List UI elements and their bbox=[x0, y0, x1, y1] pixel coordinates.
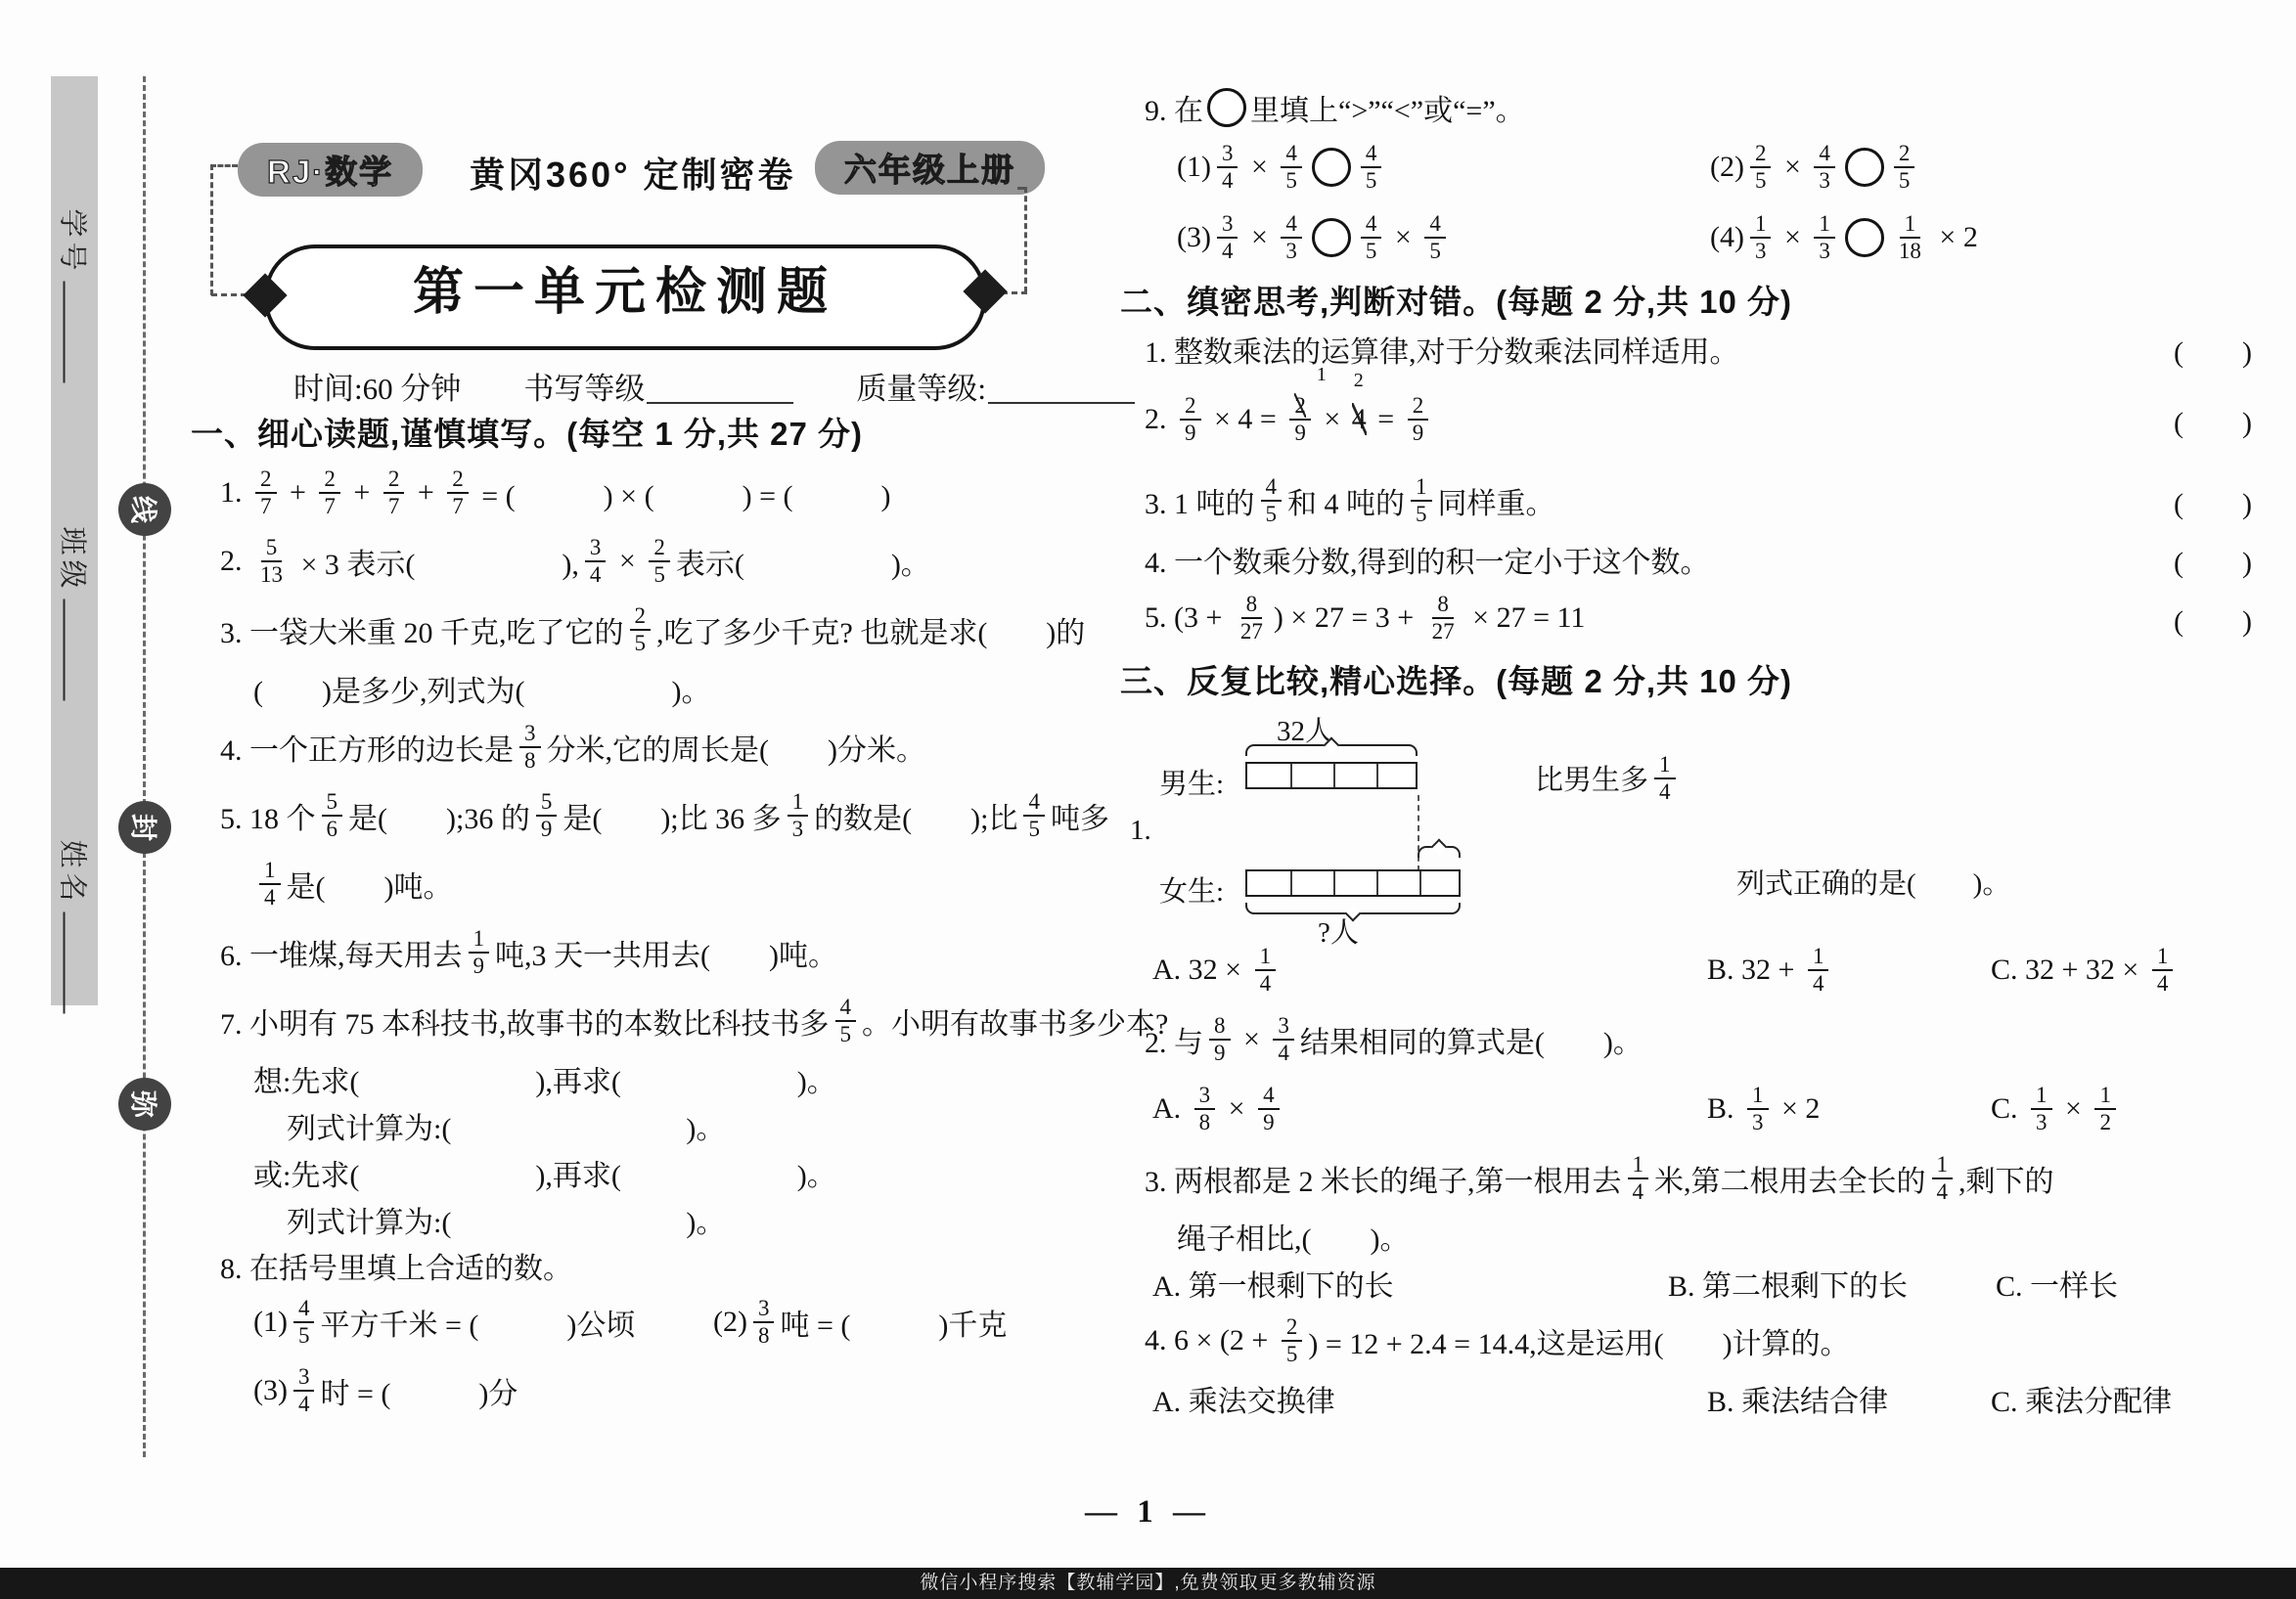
question-line: 4. 6 × (2 + 25) = 12 + 2.4 = 14.4,这是运用( … bbox=[1145, 1307, 2270, 1375]
seal-field-label: 班级 bbox=[57, 526, 88, 593]
question-line: 3. 1 吨的45和 4 吨的15同样重。( ) bbox=[1145, 466, 2270, 535]
exam-page: { "header": { "badge_left": "RJ·数学", "br… bbox=[0, 0, 2296, 1599]
seal-field-name: 姓名 bbox=[55, 839, 95, 1013]
question-line: 5. (3 + 827) × 27 = 3 + 827 × 27 = 11( ) bbox=[1145, 584, 2270, 652]
seal-stamp-feng: 封 bbox=[118, 801, 171, 854]
girl-label: 女生: bbox=[1159, 869, 1224, 910]
question-line: A. 第一根剩下的长B. 第二根剩下的长C. 一样长 bbox=[1152, 1260, 2270, 1307]
seal-dashed-line: 线 封 弥 bbox=[143, 76, 146, 1457]
write-line bbox=[64, 282, 68, 383]
right-question-column: 9. 在里填上“>”“<”或“=”。(1)34 × 4545(2)25 × 43… bbox=[1120, 83, 2270, 1422]
question-line: (3)34时 = ( )分 bbox=[253, 1356, 1096, 1425]
right-lines-bottom: A. 32 × 14B. 32 + 14C. 32 + 32 × 142. 与8… bbox=[1120, 935, 2270, 1422]
title-banner: 第一单元检测题 bbox=[264, 244, 986, 350]
decorative-dash bbox=[1017, 187, 1027, 190]
write-line bbox=[64, 600, 68, 701]
seal-field-label: 学号 bbox=[57, 208, 88, 275]
brand-title: 黄冈360° 定制密卷 bbox=[470, 148, 795, 198]
question-line: 1. 27 + 27 + 27 + 27 = ( ) × ( ) = ( ) bbox=[220, 459, 1096, 527]
question-line: 绳子相比,( )。 bbox=[1177, 1213, 2270, 1260]
dashed-connector bbox=[1418, 795, 1419, 871]
edition-badge: RJ·数学 bbox=[238, 143, 423, 197]
tape-diagram: 1. 32人 男生: 比男生多14 女生: ?人 列式正确的是( )。 bbox=[1130, 705, 2270, 935]
meta-writing-label: 书写等级 bbox=[523, 364, 645, 408]
question-line: 3. 两根都是 2 米长的绳子,第一根用去14米,第二根用去全长的14,剩下的 bbox=[1145, 1144, 2270, 1213]
write-line bbox=[64, 912, 68, 1014]
question-line: 4. 一个数乘分数,得到的积一定小于这个数。( ) bbox=[1145, 535, 2270, 584]
compare-circle bbox=[1312, 218, 1351, 257]
question-line: 6. 一堆煤,每天用去19吨,3 天一共用去( )吨。 bbox=[220, 918, 1096, 987]
judge-blank: ( ) bbox=[2174, 479, 2270, 522]
more-than-label: 比男生多14 bbox=[1535, 752, 1682, 805]
judge-blank: ( ) bbox=[2174, 328, 2270, 371]
compare-circle bbox=[1312, 148, 1351, 187]
question-line: 9. 在里填上“>”“<”或“=”。 bbox=[1145, 83, 2270, 132]
boy-bar bbox=[1245, 762, 1418, 789]
seal-field-label: 姓名 bbox=[57, 839, 88, 906]
question-line: A. 38 × 49B. 13 × 2C. 13 × 12 bbox=[1152, 1074, 2270, 1144]
meta-quality-label: 质量等级: bbox=[856, 364, 986, 408]
girl-bar bbox=[1245, 869, 1461, 897]
diagram-question-text: 列式正确的是( )。 bbox=[1736, 862, 2010, 902]
compare-circle bbox=[1207, 88, 1246, 127]
seal-field-student-id: 学号 bbox=[55, 208, 95, 382]
question-line: 2. 29 × 4 = 219 × 42 = 29( ) bbox=[1145, 373, 2270, 466]
seal-strip: 学号 班级 姓名 bbox=[51, 76, 98, 1005]
question-line: ( )是多少,列式为( )。 bbox=[253, 664, 1096, 713]
question-line: 5. 18 个56是( );36 的59是( );比 36 多13的数是( );… bbox=[220, 781, 1096, 850]
question-line: 3. 一袋大米重 20 千克,吃了它的25,吃了多少千克? 也就是求( )的 bbox=[220, 596, 1096, 664]
question-line: 7. 小明有 75 本科技书,故事书的本数比科技书多45。小明有故事书多少本? bbox=[220, 987, 1096, 1055]
meta-time: 时间:60 分钟 bbox=[293, 364, 461, 408]
question-line: 2. 513 × 3 表示( ),34 × 25表示( )。 bbox=[220, 527, 1096, 596]
question-line: 4. 一个正方形的边长是38分米,它的周长是( )分米。 bbox=[220, 713, 1096, 781]
decorative-dash bbox=[1024, 187, 1027, 292]
page-title: 第一单元检测题 bbox=[268, 248, 982, 338]
seal-stamp-xian: 线 bbox=[118, 483, 171, 536]
over-brace bbox=[1245, 744, 1418, 756]
compare-circle bbox=[1845, 148, 1884, 187]
judge-blank: ( ) bbox=[2174, 398, 2270, 441]
section-heading: 二、缜密思考,判断对错。(每题 2 分,共 10 分) bbox=[1120, 273, 2270, 326]
question-line: 8. 在括号里填上合适的数。 bbox=[220, 1243, 1096, 1288]
decorative-dash bbox=[211, 293, 247, 296]
question-line: 2. 与89 × 34结果相同的算式是( )。 bbox=[1145, 1005, 2270, 1074]
question-line: A. 乘法交换律B. 乘法结合律C. 乘法分配律 bbox=[1152, 1375, 2270, 1422]
compare-circle bbox=[1845, 218, 1884, 257]
judge-blank: ( ) bbox=[2174, 538, 2270, 581]
question-line: A. 32 × 14B. 32 + 14C. 32 + 32 × 14 bbox=[1152, 935, 2270, 1005]
section-heading: 三、反复比较,精心选择。(每题 2 分,共 10 分) bbox=[1120, 652, 2270, 705]
page-number: — 1 — bbox=[0, 1494, 2296, 1531]
seal-stamp-mi: 弥 bbox=[118, 1078, 171, 1131]
question-line: (1)45平方千米 = ( )公顷(2)38吨 = ( )千克 bbox=[253, 1288, 1096, 1356]
grade-badge: 六年级上册 bbox=[815, 141, 1045, 195]
question-line: 14是( )吨。 bbox=[253, 850, 1096, 918]
exam-meta: 时间:60 分钟 书写等级 质量等级: bbox=[293, 364, 1135, 408]
question-line: 列式计算为:( )。 bbox=[287, 1102, 1096, 1149]
seal-field-class: 班级 bbox=[55, 526, 95, 700]
section-heading: 一、细心读题,谨慎填写。(每空 1 分,共 27 分) bbox=[191, 404, 1096, 459]
question-line: 1. 整数乘法的运算律,对于分数乘法同样适用。( ) bbox=[1145, 326, 2270, 373]
question-line: (3)34 × 4345 × 45(4)13 × 13118 × 2 bbox=[1177, 202, 2270, 273]
extra-over-brace bbox=[1418, 846, 1461, 858]
question-line: 想:先求( ),再求( )。 bbox=[253, 1055, 1096, 1102]
boy-label: 男生: bbox=[1159, 762, 1224, 802]
question-line: 列式计算为:( )。 bbox=[287, 1196, 1096, 1243]
left-question-column: 一、细心读题,谨慎填写。(每空 1 分,共 27 分)1. 27 + 27 + … bbox=[191, 404, 1096, 1425]
decorative-dash bbox=[210, 164, 238, 167]
question-line: 或:先求( ),再求( )。 bbox=[253, 1149, 1096, 1196]
right-lines-top: 9. 在里填上“>”“<”或“=”。(1)34 × 4545(2)25 × 43… bbox=[1120, 83, 2270, 705]
judge-blank: ( ) bbox=[2174, 597, 2270, 640]
decorative-dash bbox=[210, 164, 213, 295]
promo-banner: 微信小程序搜索【教辅学园】,免费领取更多教辅资源 bbox=[0, 1568, 2296, 1599]
question-line: (1)34 × 4545(2)25 × 4325 bbox=[1177, 132, 2270, 202]
diagram-question-number: 1. bbox=[1130, 815, 1151, 847]
